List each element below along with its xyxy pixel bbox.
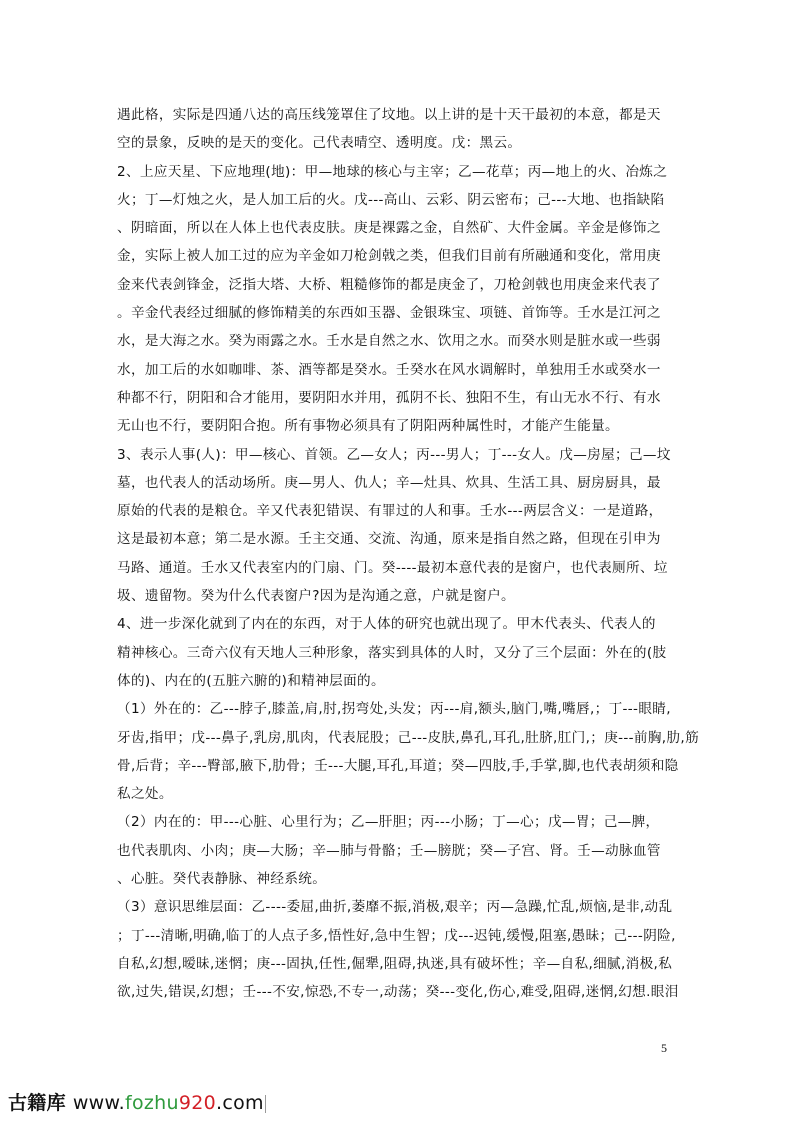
text-line: 无山也不行，要阴阳合抱。所有事物必须具有了阴阳两种属性时，才能产生能量。 <box>117 412 669 440</box>
text-line: 骨,后背；辛---臀部,腋下,肋骨；壬---大腿,耳孔,耳道；癸—四肢,手,手掌… <box>117 752 669 780</box>
section-3-heading-line: 3、表示人事(人)：甲—核心、首领。乙—女人；丙---男人；丁---女人。戊—房… <box>117 441 669 469</box>
document-page: 遇此格，实际是四通八达的高压线笼罩住了坟地。以上讲的是十天干最初的本意，都是天 … <box>0 0 793 1122</box>
text-line: 体的)、内在的(五脏六腑的)和精神层面的。 <box>117 667 669 695</box>
text-line: 马路、通道。壬水又代表室内的门扇、门。癸----最初本意代表的是窗户，也代表厕所… <box>117 554 669 582</box>
watermark-footer[interactable]: 古籍库 www.fozhu920.com <box>8 1088 266 1115</box>
subsection-1-line: （1）外在的：乙---脖子,膝盖,肩,肘,拐弯处,头发；丙---肩,额头,脑门,… <box>117 695 669 723</box>
text-line: 原始的代表的是粮仓。辛又代表犯错误、有罪过的人和事。壬水---两层含义：一是道路… <box>117 497 669 525</box>
watermark-divider <box>265 1095 266 1113</box>
watermark-url-red: 920 <box>179 1092 216 1114</box>
text-line: 遇此格，实际是四通八达的高压线笼罩住了坟地。以上讲的是十天干最初的本意，都是天 <box>117 101 669 129</box>
text-line: 墓，也代表人的活动场所。庚—男人、仇人；辛—灶具、炊具、生活工具、厨房厨具，最 <box>117 469 669 497</box>
section-2-heading-line: 2、上应天星、下应地理(地)：甲—地球的核心与主宰；乙—花草；丙—地上的火、冶炼… <box>117 158 669 186</box>
section-4-heading-line: 4、进一步深化就到了内在的东西，对于人体的研究也就出现了。甲木代表头、代表人的 <box>117 610 669 638</box>
text-line: 牙齿,指甲；戊---鼻子,乳房,肌肉，代表屁股；己---皮肤,鼻孔,耳孔,肚脐,… <box>117 724 669 752</box>
subsection-2-line: （2）内在的：甲---心脏、心里行为；乙—肝胆；丙---小肠；丁—心；戊—胃；己… <box>117 808 669 836</box>
text-line: 种都不行，阴阳和合才能用，要阴阳水并用，孤阴不长、独阳不生，有山无水不行、有水 <box>117 384 669 412</box>
page-number: 5 <box>661 1041 667 1056</box>
text-line: 金来代表剑锋金，泛指大塔、大桥、粗糙修饰的都是庚金了，刀枪剑戟也用庚金来代表了 <box>117 271 669 299</box>
text-line: 自私,幻想,暧昧,迷惘；庚---固执,任性,倔犟,阻碍,执迷,具有破坏性；辛—自… <box>117 950 669 978</box>
text-line: 水，是大海之水。癸为雨露之水。壬水是自然之水、饮用之水。而癸水则是脏水或一些弱 <box>117 327 669 355</box>
text-line: 、阴暗面，所以在人体上也代表皮肤。庚是裸露之金，自然矿、大件金属。辛金是修饰之 <box>117 214 669 242</box>
text-line: 这是最初本意；第二是水源。壬主交通、交流、沟通，原来是指自然之路，但现在引申为 <box>117 525 669 553</box>
text-line: 火；丁—灯烛之火，是人加工后的火。戊---高山、云彩、阴云密布；己---大地、也… <box>117 186 669 214</box>
watermark-url-suffix: .com <box>216 1092 264 1114</box>
subsection-3-line: （3）意识思维层面：乙----委屈,曲折,萎靡不振,消极,艰辛；丙—急躁,忙乱,… <box>117 893 669 921</box>
text-line: ；丁---清晰,明确,临丁的人点子多,悟性好,急中生智；戊---迟钝,缓慢,阻塞… <box>117 922 669 950</box>
text-line: 空的景象，反映的是天的变化。己代表晴空、透明度。戊：黑云。 <box>117 129 669 157</box>
text-line: 精神核心。三奇六仪有天地人三种形象，落实到具体的人时，又分了三个层面：外在的(肢 <box>117 639 669 667</box>
text-line: 水，加工后的水如咖啡、茶、酒等都是癸水。壬癸水在风水调解时，单独用壬水或癸水一 <box>117 356 669 384</box>
text-line: 欲,过失,错误,幻想；壬---不安,惊恐,不专一,动荡；癸---变化,伤心,难受… <box>117 978 669 1006</box>
text-line: 、心脏。癸代表静脉、神经系统。 <box>117 865 669 893</box>
watermark-site-name: 古籍库 <box>8 1092 66 1114</box>
text-line: 圾、遗留物。癸为什么代表窗户?因为是沟通之意，户就是窗户。 <box>117 582 669 610</box>
text-line: 私之处。 <box>117 780 669 808</box>
text-line: 也代表肌肉、小肉；庚—大肠；辛—肺与骨骼；壬—膀胱；癸—子宫、肾。壬—动脉血管 <box>117 837 669 865</box>
watermark-url-prefix: www. <box>73 1092 125 1114</box>
text-line: 。辛金代表经过细腻的修饰精美的东西如玉器、金银珠宝、项链、首饰等。壬水是江河之 <box>117 299 669 327</box>
watermark-url-green: fozhu <box>125 1092 179 1114</box>
document-body: 遇此格，实际是四通八达的高压线笼罩住了坟地。以上讲的是十天干最初的本意，都是天 … <box>117 101 669 1007</box>
text-line: 金，实际上被人加工过的应为辛金如刀枪剑戟之类，但我们目前有所融通和变化，常用庚 <box>117 242 669 270</box>
